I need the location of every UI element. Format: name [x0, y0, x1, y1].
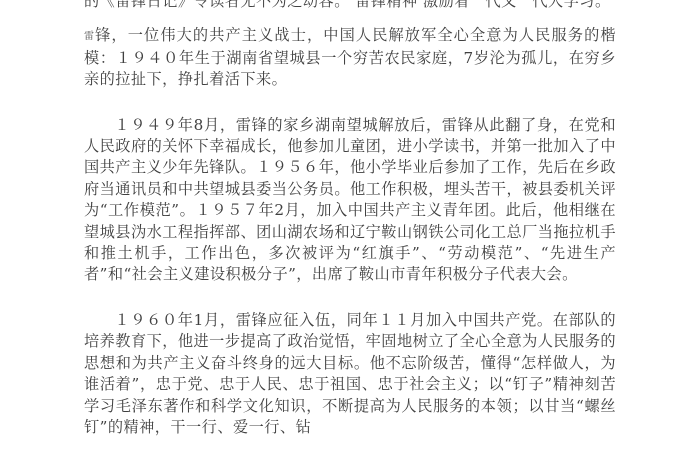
paragraph-bio-1960: １９６０年1月，雷锋应征入伍，同年１１月加入中国共产党。在部队的培养教育下，他进… [84, 310, 616, 438]
document-page: 的《雷锋日记》令读者无不为之动容。 雷锋精神 激励着一代又一代人学习。 雷锋，一… [84, 0, 616, 438]
paragraph-bio-intro: 雷锋，一位伟大的共产主义战士，中国人民解放军全心全意为人民服务的楷模：１９４０年… [84, 25, 616, 90]
paragraph-bio-1949: １９４９年8月，雷锋的家乡湖南望城解放后，雷锋从此翻了身，在党和人民政府的关怀下… [84, 115, 616, 286]
drop-lead-char: 雷 [84, 31, 95, 42]
paragraph-bio-intro-text: 锋，一位伟大的共产主义战士，中国人民解放军全心全意为人民服务的楷模：１９４０年生… [84, 26, 616, 88]
paragraph-intro-tail: 的《雷锋日记》令读者无不为之动容。 雷锋精神 激励着一代又一代人学习。 [84, 0, 616, 12]
